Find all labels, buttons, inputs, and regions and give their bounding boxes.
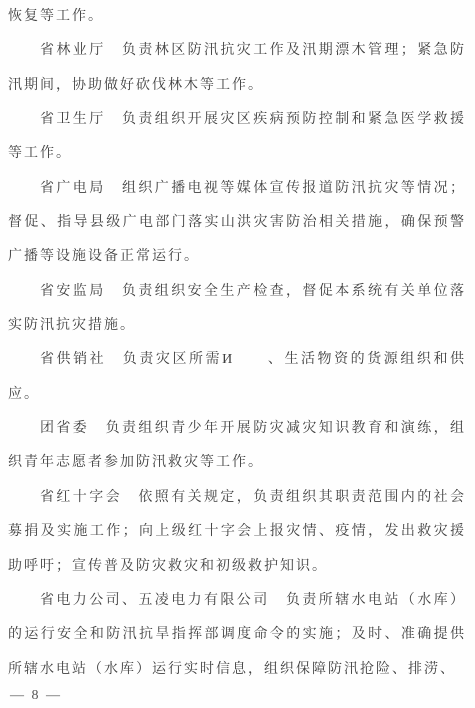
document-text: 恢复等工作。 省林业厅 负责林区防汛抗灾工作及汛期漂木管理；紧急防汛期间，协助做… [0, 0, 475, 687]
paragraph-work-safety-bureau: 省安监局 负责组织安全生产检查，督促本系统有关单位落实防汛抗灾措施。 [8, 275, 466, 344]
paragraph-continuation: 恢复等工作。 [8, 0, 466, 34]
paragraph-health-dept: 省卫生厅 负责组织开展灾区疾病预防控制和紧急医学救援等工作。 [8, 103, 466, 172]
paragraph-broadcast-bureau: 省广电局 组织广播电视等媒体宣传报道防汛抗灾等情况；督促、指导县级广电部门落实山… [8, 172, 466, 275]
paragraph-power-companies: 省电力公司、五凌电力有限公司 负责所辖水电站（水库）的运行安全和防汛抗旱指挥部调… [8, 584, 466, 687]
paragraph-youth-league: 团省委 负责组织青少年开展防灾减灾知识教育和演练，组织青年志愿者参加防汛救灾等工… [8, 412, 466, 481]
paragraph-red-cross: 省红十字会 依照有关规定，负责组织其职责范围内的社会募捐及实施工作；向上级红十字… [8, 481, 466, 584]
paragraph-supply-coop: 省供销社 负责灾区所需И 、生活物资的货源组织和供应。 [8, 343, 466, 412]
document-page: 恢复等工作。 省林业厅 负责林区防汛抗灾工作及汛期漂木管理；紧急防汛期间，协助做… [0, 0, 475, 708]
paragraph-forestry-dept: 省林业厅 负责林区防汛抗灾工作及汛期漂木管理；紧急防汛期间，协助做好砍伐林木等工… [8, 34, 466, 103]
page-number: — 8 — [10, 685, 62, 707]
